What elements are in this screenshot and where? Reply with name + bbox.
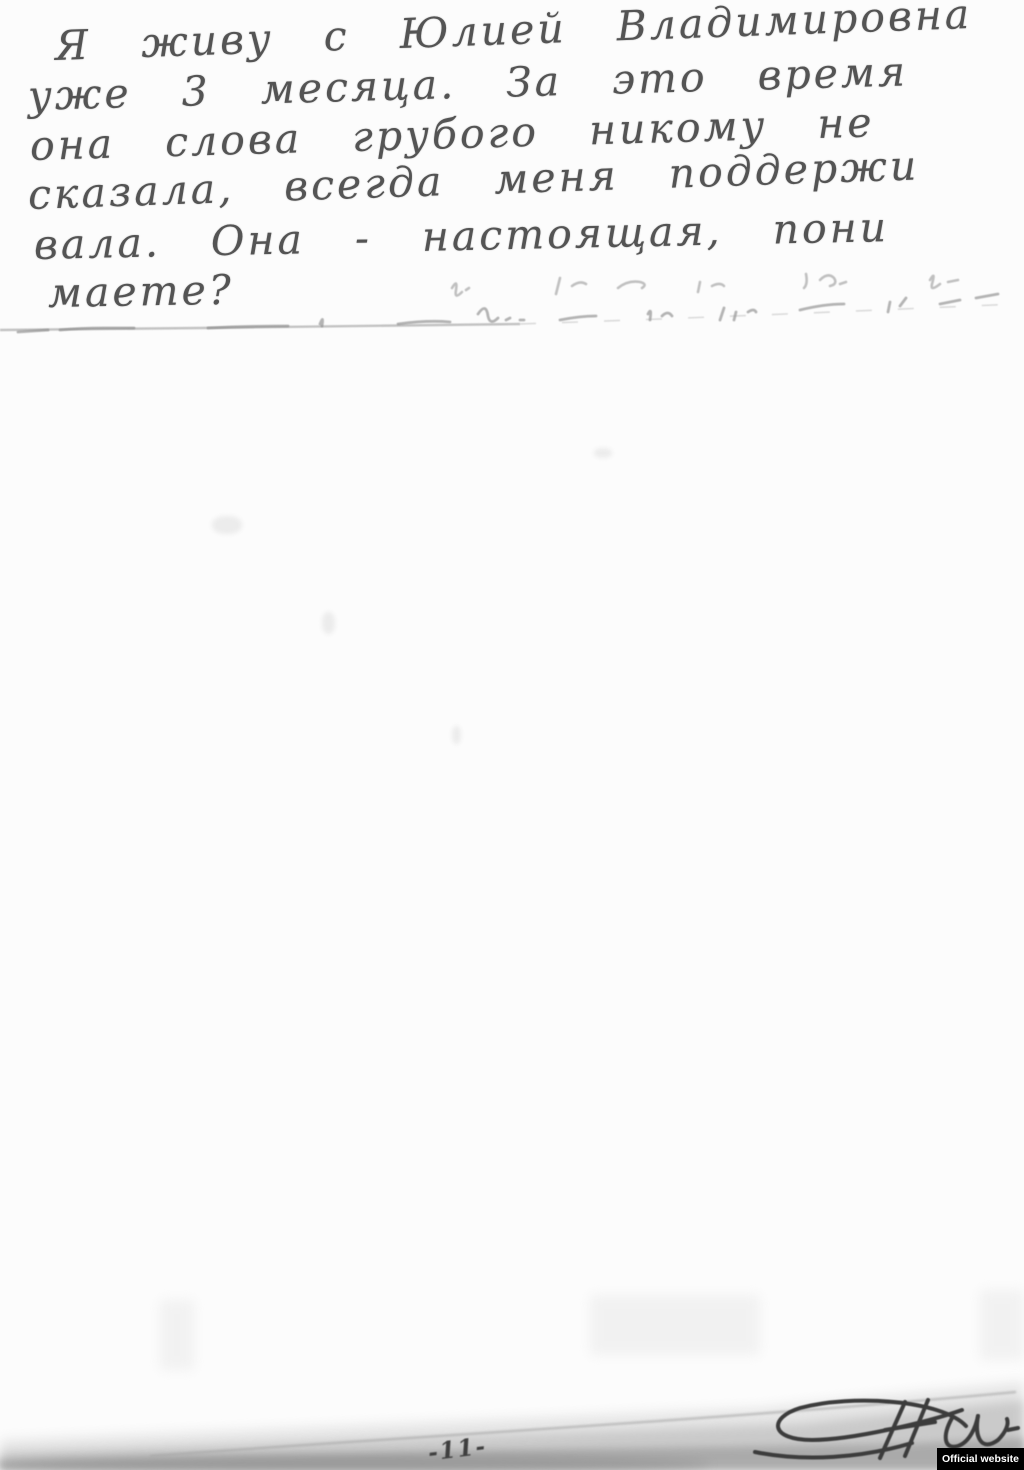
scanned-letter-page: Я живу с Юлией Владимировна уже 3 месяца… [0, 0, 1024, 1470]
watermark-label: Official website [942, 1453, 1019, 1465]
watermark-badge: Official website [937, 1448, 1024, 1470]
bottom-scan-shadow [0, 1340, 1024, 1470]
scan-smudge [322, 612, 335, 634]
cutoff-text-fragments [0, 250, 1024, 350]
scan-smudge [594, 448, 612, 458]
scan-smudge [452, 726, 461, 744]
scan-smudge [212, 516, 242, 534]
